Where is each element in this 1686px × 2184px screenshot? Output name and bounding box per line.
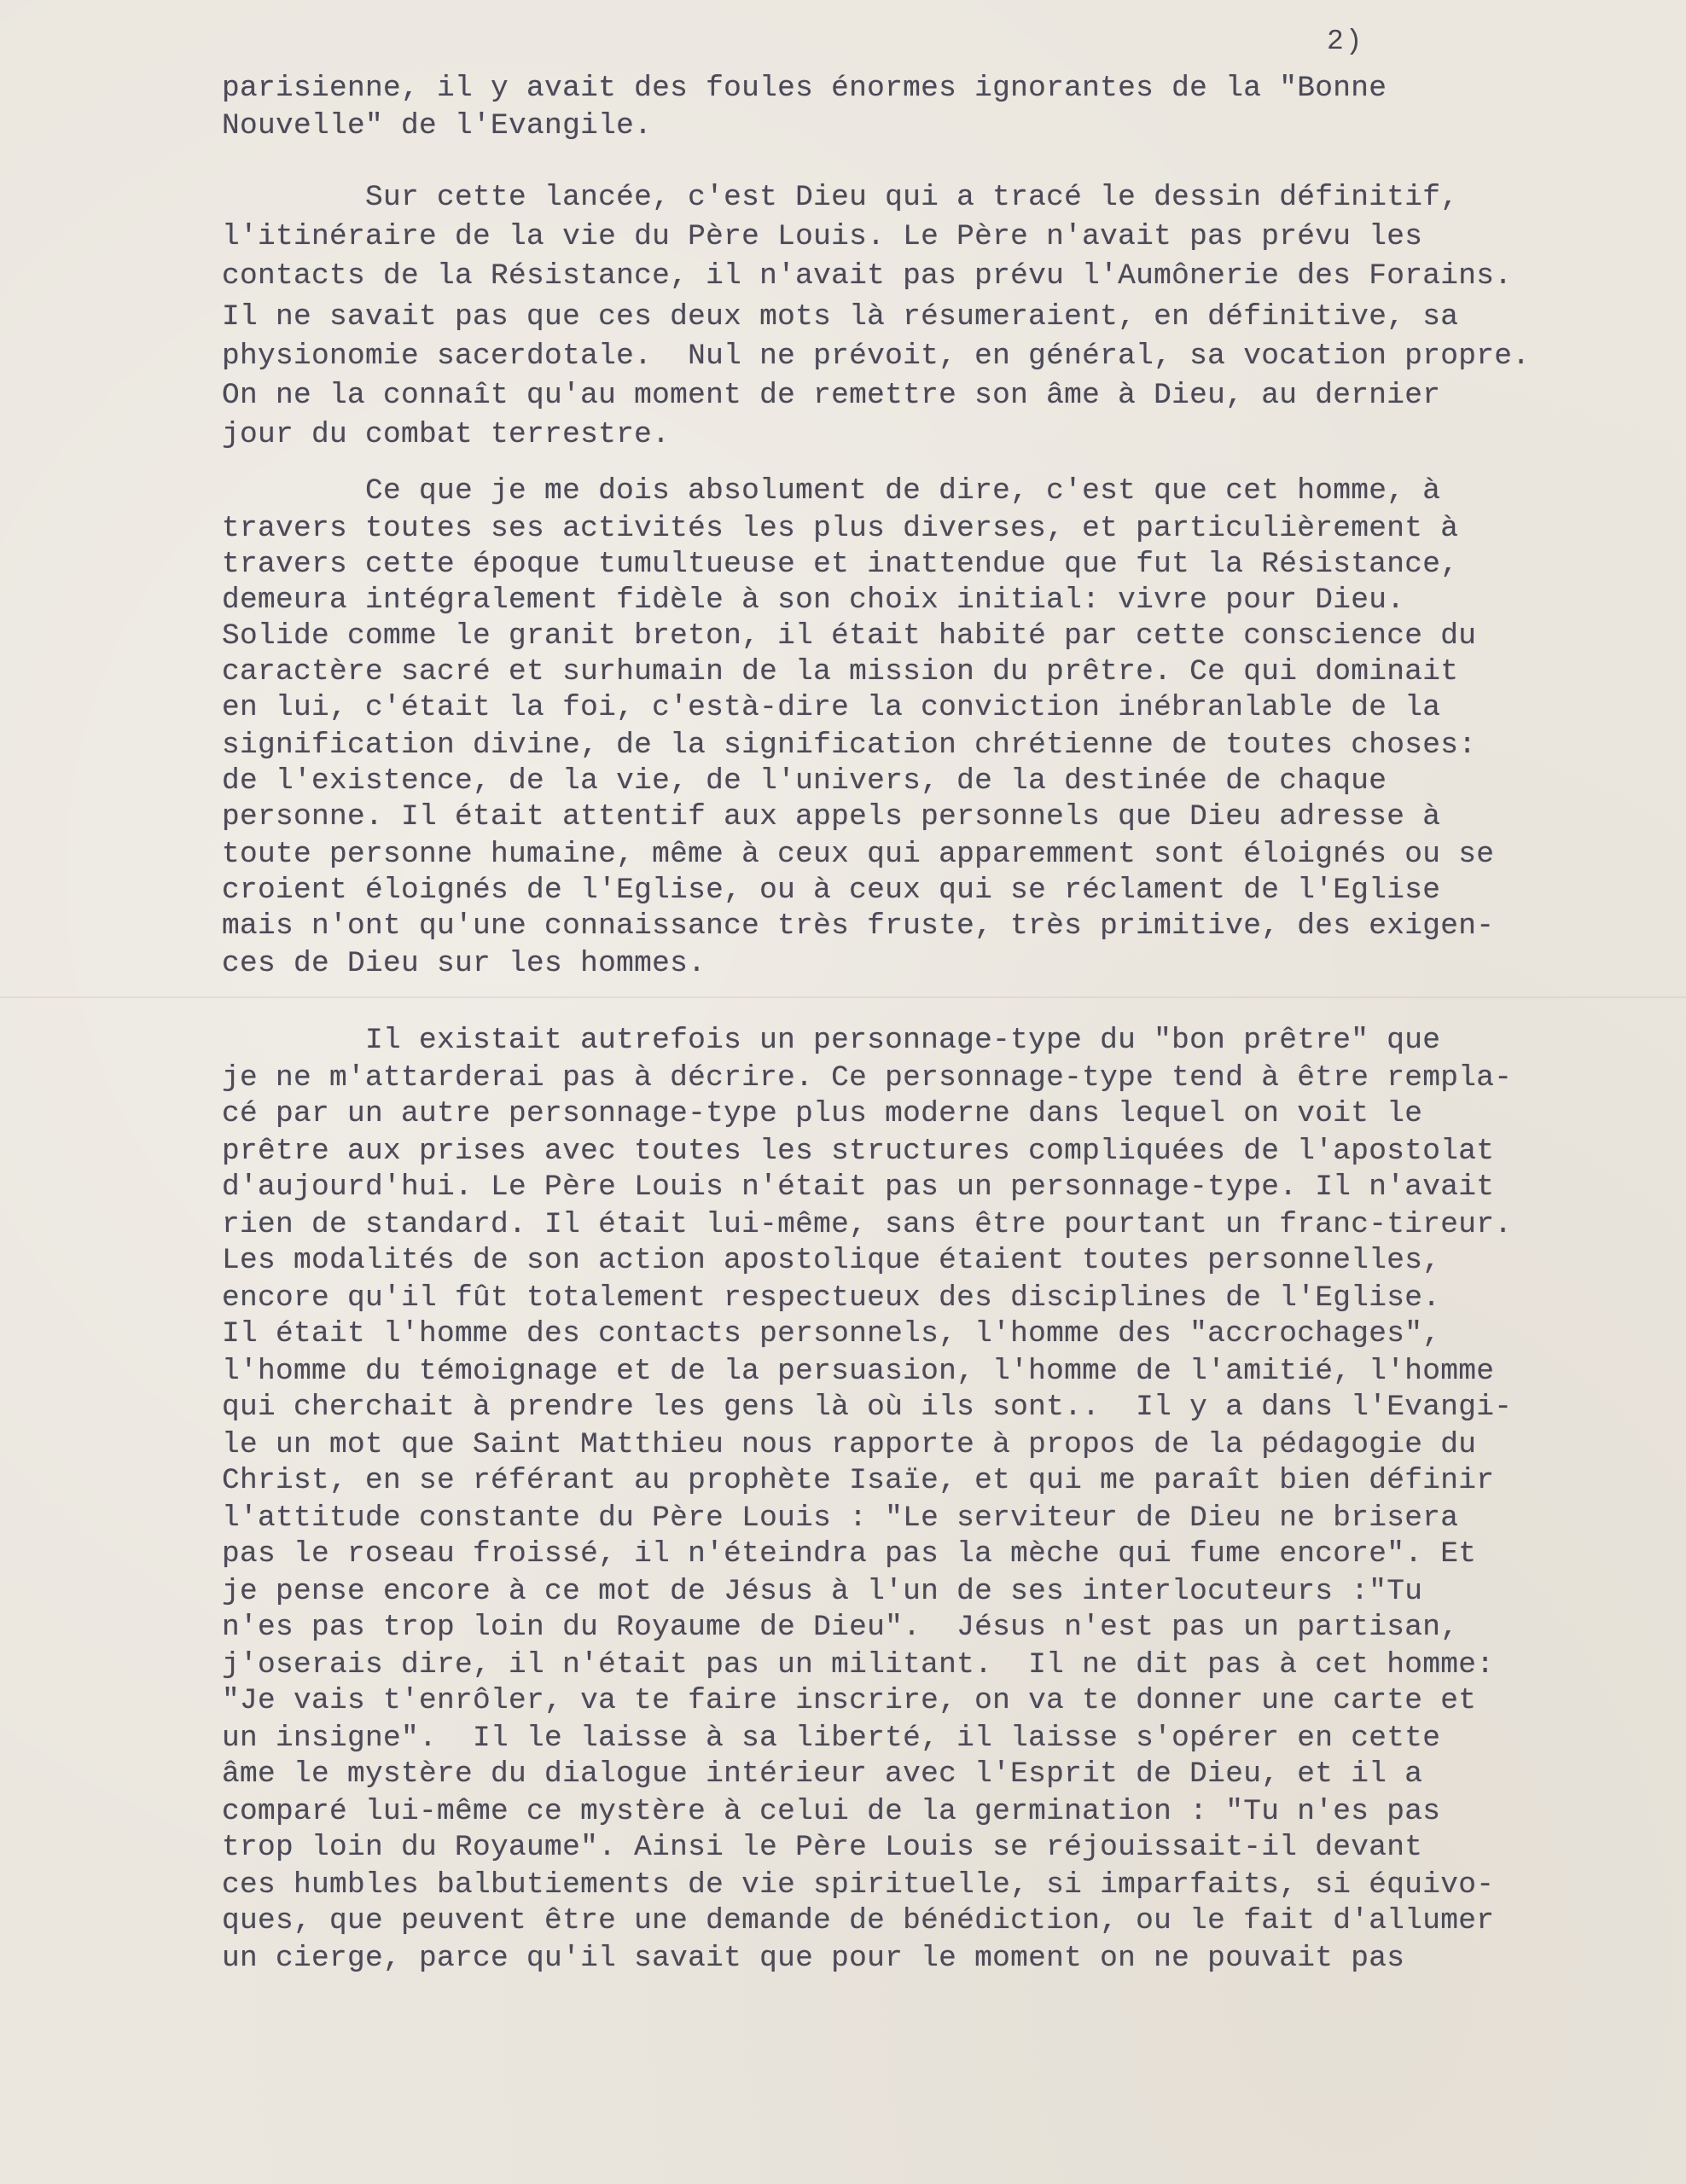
text-line: en lui, c'était la foi, c'està-dire la c… (222, 691, 1440, 724)
text-line: comparé lui-même ce mystère à celui de l… (222, 1795, 1440, 1828)
text-line: Les modalités de son action apostolique … (222, 1244, 1440, 1277)
text-line: ces humbles balbutiements de vie spiritu… (222, 1868, 1494, 1902)
text-line: qui cherchait à prendre les gens là où i… (222, 1391, 1512, 1424)
text-line: Il ne savait pas que ces deux mots là ré… (222, 300, 1458, 334)
text-line: jour du combat terrestre. (222, 418, 670, 451)
text-line: je ne m'attarderai pas à décrire. Ce per… (222, 1061, 1512, 1095)
text-line: l'homme du témoignage et de la persuasio… (222, 1355, 1494, 1388)
text-line: un insigne". Il le laisse à sa liberté, … (222, 1722, 1440, 1755)
text-line: demeura intégralement fidèle à son choix… (222, 584, 1404, 617)
text-line: l'itinéraire de la vie du Père Louis. Le… (222, 220, 1422, 253)
text-line: le un mot que Saint Matthieu nous rappor… (222, 1428, 1476, 1461)
text-line: physionomie sacerdotale. Nul ne prévoit,… (222, 340, 1530, 373)
paper-fold-line (0, 996, 1686, 998)
text-line: Solide comme le granit breton, il était … (222, 619, 1476, 653)
text-line: un cierge, parce qu'il savait que pour l… (222, 1942, 1404, 1975)
text-line: de l'existence, de la vie, de l'univers,… (222, 764, 1387, 798)
text-line: pas le roseau froissé, il n'éteindra pas… (222, 1537, 1476, 1571)
text-line: Ce que je me dois absolument de dire, c'… (222, 474, 1440, 508)
text-line: ques, que peuvent être une demande de bé… (222, 1904, 1494, 1937)
text-line: cé par un autre personnage-type plus mod… (222, 1097, 1422, 1130)
text-line: Il était l'homme des contacts personnels… (222, 1317, 1440, 1350)
text-line: travers toutes ses activités les plus di… (222, 512, 1458, 545)
page-number: 2) (1327, 26, 1364, 57)
text-line: d'aujourd'hui. Le Père Louis n'était pas… (222, 1170, 1494, 1204)
text-line: prêtre aux prises avec toutes les struct… (222, 1135, 1494, 1168)
text-line: travers cette époque tumultueuse et inat… (222, 548, 1458, 581)
text-line: ces de Dieu sur les hommes. (222, 947, 706, 980)
text-line: encore qu'il fût totalement respectueux … (222, 1281, 1440, 1315)
text-line: On ne la connaît qu'au moment de remettr… (222, 379, 1440, 412)
text-line: n'es pas trop loin du Royaume de Dieu". … (222, 1611, 1458, 1644)
text-line: "Je vais t'enrôler, va te faire inscrire… (222, 1684, 1476, 1717)
text-line: je pense encore à ce mot de Jésus à l'un… (222, 1575, 1422, 1608)
text-line: Sur cette lancée, c'est Dieu qui a tracé… (222, 181, 1458, 214)
text-line: rien de standard. Il était lui-même, san… (222, 1208, 1512, 1241)
text-line: signification divine, de la significatio… (222, 729, 1476, 762)
text-line: personne. Il était attentif aux appels p… (222, 800, 1440, 834)
text-line: Il existait autrefois un personnage-type… (222, 1024, 1440, 1057)
text-line: mais n'ont qu'une connaissance très frus… (222, 909, 1494, 943)
text-line: croient éloignés de l'Eglise, ou à ceux … (222, 874, 1440, 907)
text-line: toute personne humaine, même à ceux qui … (222, 838, 1494, 871)
text-line: Christ, en se référant au prophète Isaïe… (222, 1464, 1494, 1497)
text-line: contacts de la Résistance, il n'avait pa… (222, 259, 1512, 293)
text-line: caractère sacré et surhumain de la missi… (222, 655, 1458, 688)
text-line: Nouvelle" de l'Evangile. (222, 109, 652, 142)
text-line: parisienne, il y avait des foules énorme… (222, 72, 1387, 105)
text-line: j'oserais dire, il n'était pas un milita… (222, 1648, 1494, 1682)
text-line: l'attitude constante du Père Louis : "Le… (222, 1501, 1458, 1535)
typewritten-page: 2) parisienne, il y avait des foules éno… (0, 0, 1686, 2184)
text-line: trop loin du Royaume". Ainsi le Père Lou… (222, 1831, 1422, 1864)
text-line: âme le mystère du dialogue intérieur ave… (222, 1757, 1422, 1791)
